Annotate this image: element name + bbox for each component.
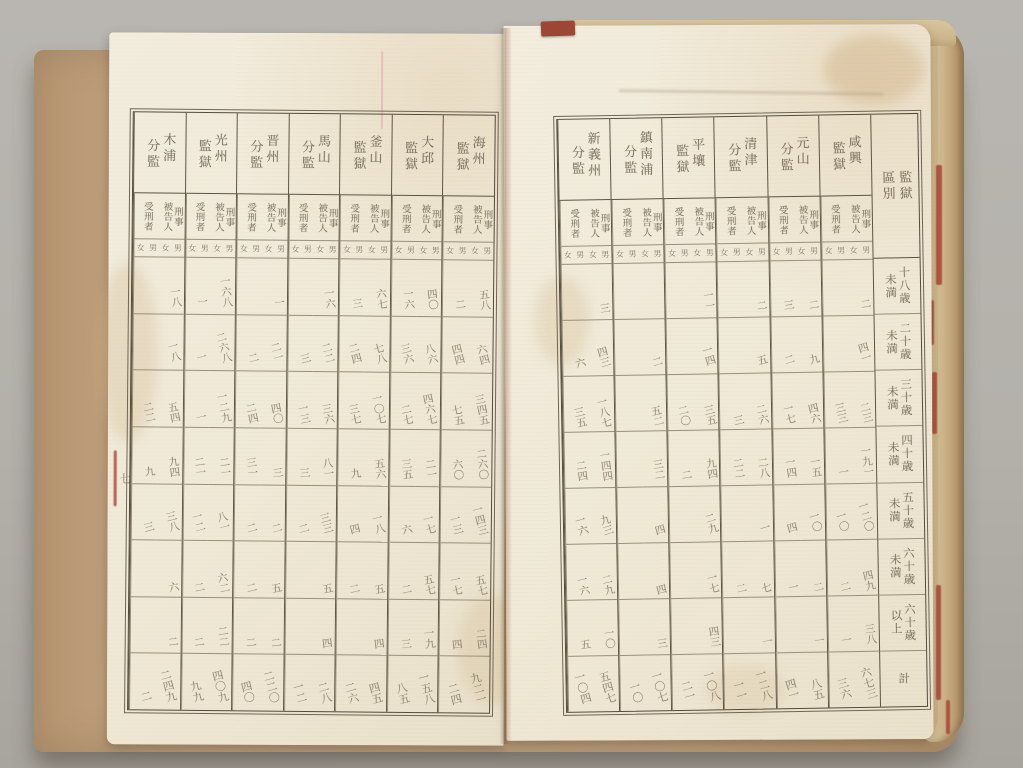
institution-data: 刑事被告人男女一二一四〇三二五二二二〇受刑者男女二二四三一二二二四〇 — [232, 194, 288, 710]
count-cell: 五七 — [414, 543, 439, 600]
count-cell — [237, 258, 262, 315]
age-row-label-text: 以上 — [890, 610, 902, 636]
page-right: 監獄區別十八歳未満二十歳未満三十歳未満四十歳未満五十歳未満六十歳未満六十歳以上計… — [503, 24, 933, 741]
count-value: 五四七 — [597, 670, 616, 705]
convicts-header-text: 受刑者 — [297, 202, 307, 232]
count-cell: 二一 — [672, 655, 698, 710]
count-value: 二四九 — [158, 669, 176, 704]
gender-header: 男女 — [237, 240, 262, 258]
female-label: 女 — [469, 243, 482, 260]
institution-name-text: 晋州 — [264, 134, 277, 166]
count-value: 五七 — [422, 573, 436, 596]
count-value: 三 — [656, 637, 667, 649]
count-value: 九四 — [704, 458, 717, 480]
count-value: 一 — [196, 296, 207, 308]
institution-data: 刑事被告人男女二四一二三一九一一二〇四九三八六七三受刑者男女三三一一〇二一三六 — [820, 196, 880, 708]
count-value: 二 — [193, 581, 205, 593]
convicts-header-text: 受刑者 — [349, 203, 359, 233]
defendants-header-text: 刑事 — [755, 210, 765, 230]
count-value: 一六 — [573, 514, 588, 537]
count-value: 二八 — [316, 681, 332, 705]
age-row-label-text: 未満 — [888, 497, 900, 523]
institution-name-text: 新義州 — [585, 131, 599, 179]
count-cell: 二 — [827, 540, 853, 596]
convicts-header: 受刑者 — [717, 198, 743, 244]
gutter — [500, 28, 512, 744]
female-label: 女 — [341, 241, 354, 258]
count-value: 五四 — [165, 401, 179, 424]
age-row-label: 六十歳未満 — [878, 539, 925, 596]
count-cell: 二一 — [209, 428, 234, 485]
male-label: 男 — [835, 242, 848, 259]
count-cell: 九 — [796, 317, 822, 373]
institution-data: 刑事被告人男女二九四六一五一〇二一八五受刑者男女三二一七一四四一四一 — [768, 197, 828, 709]
male-label: 男 — [456, 242, 469, 259]
count-value: 三六 — [398, 343, 413, 366]
count-value: 二 — [734, 582, 746, 594]
count-value: 一 — [839, 634, 850, 646]
count-cell: 一七 — [414, 487, 439, 544]
age-row-label-text: 四十歳 — [901, 435, 913, 474]
count-value: 一二〇 — [856, 499, 874, 532]
count-value: 二 — [244, 521, 256, 534]
count-cell: 二四 — [439, 657, 464, 713]
gender-header: 男女 — [444, 242, 469, 260]
count-value: 四〇 — [269, 402, 283, 425]
count-cell — [667, 319, 693, 375]
count-value: 一八 — [168, 286, 180, 308]
count-value: 二四 — [244, 402, 258, 425]
defendants-subcolumn: 刑事被告人男女一六八二六八一二九二一八一六二二二四〇九 — [206, 194, 236, 710]
count-value: 五 — [321, 583, 333, 595]
count-value: 二 — [454, 299, 465, 311]
count-cell: 四〇 — [261, 372, 286, 429]
count-cell: 二六 — [336, 656, 361, 712]
count-cell: 二六八 — [210, 315, 235, 372]
count-cell: 二 — [236, 315, 261, 372]
count-cell — [719, 318, 745, 374]
count-value: 四 — [321, 637, 332, 649]
count-cell — [822, 260, 848, 316]
count-cell: 三一 — [235, 428, 260, 485]
count-cell: 五 — [362, 543, 387, 600]
count-cell: 六七 — [365, 260, 390, 317]
count-cell — [616, 376, 642, 432]
female-label: 女 — [417, 242, 430, 259]
institution-column: 大邱監獄刑事被告人男女四〇八六四六七二一一七五七一九一五八受刑者男女一六三六二七… — [386, 115, 443, 712]
count-cell: 二四 — [564, 432, 590, 488]
count-value: 七 — [759, 581, 771, 593]
defendants-header-text: 被告人 — [317, 203, 327, 233]
female-label: 女 — [392, 242, 405, 259]
count-cell: 三 — [132, 484, 157, 541]
female-label: 女 — [666, 245, 679, 262]
count-cell: 二 — [182, 598, 207, 655]
convicts-header-text: 受刑者 — [142, 201, 152, 231]
count-value: 四九 — [861, 569, 875, 592]
count-cell: 二 — [669, 431, 695, 487]
count-cell: 四 — [338, 486, 363, 543]
male-label: 男 — [275, 241, 288, 258]
count-value: 一九 — [423, 628, 435, 650]
count-cell: 六四 — [468, 317, 493, 374]
count-value: 二 — [296, 522, 308, 535]
count-cell: 一〇四 — [568, 656, 594, 711]
count-value: 四五 — [367, 681, 383, 705]
count-cell: 一二 — [285, 655, 310, 711]
count-value: 一 — [812, 634, 823, 646]
red-bookmark-slip — [946, 700, 950, 734]
count-cell — [823, 316, 849, 372]
count-cell: 四 — [774, 485, 800, 541]
count-cell: 一一 — [691, 262, 717, 318]
count-value: 五 — [269, 582, 281, 594]
count-value: 二 — [139, 690, 152, 703]
count-cell: 二三 — [849, 372, 875, 428]
count-value: 二 — [838, 580, 850, 592]
institution-name-text: 監獄 — [197, 139, 210, 171]
institution-name: 平壤監獄 — [663, 117, 716, 199]
count-cell: 六 — [389, 486, 414, 543]
count-value: 二 — [811, 580, 823, 592]
count-value: 四六七 — [421, 393, 437, 426]
count-value: 四三 — [706, 626, 719, 648]
count-cell: 一〇八 — [698, 654, 724, 709]
count-value: 三五 — [399, 458, 411, 480]
count-value: 三三 — [833, 402, 847, 425]
count-value: 三七 — [347, 403, 361, 426]
defendants-header: 刑事被告人 — [366, 196, 391, 242]
defendants-subcolumn: 刑事被告人男女五八六四三四五二六〇一四三五七二四九二一 — [464, 197, 494, 713]
count-value: 二六 — [754, 403, 768, 426]
female-label: 女 — [186, 240, 199, 257]
count-cell: 三 — [260, 428, 285, 485]
count-cell: 二九 — [695, 486, 721, 542]
count-cell: 二 — [795, 261, 821, 317]
defendants-header: 刑事被告人 — [262, 195, 287, 241]
count-value: 二二 — [216, 626, 228, 648]
gender-header: 男女 — [392, 242, 417, 260]
count-value: 一〇 — [806, 510, 821, 533]
institution-name: 晋州分監 — [237, 113, 288, 194]
count-value: 二 — [399, 583, 411, 595]
count-value: 一〇 — [602, 627, 615, 649]
count-value: 二六 — [343, 681, 359, 705]
count-value: 四四 — [450, 343, 465, 366]
institution-data: 刑事被告人男女三四三一八七一四四九三二九一〇五四七受刑者男女六三五二四一六一六五… — [560, 200, 620, 712]
institution-data: 刑事被告人男女二五二六二八一七一一二八受刑者男女三二二二一一 — [716, 197, 776, 709]
count-value: 四〇 — [426, 288, 438, 310]
count-cell: 二一 — [261, 315, 286, 372]
gender-header: 男女 — [289, 241, 314, 259]
count-value: 六 — [573, 356, 585, 369]
count-cell — [639, 263, 665, 319]
institution-column: 海州監獄刑事被告人男女五八六四三四五二六〇一四三五七二四九二一受刑者男女二四四七… — [437, 115, 494, 712]
count-cell — [285, 599, 310, 656]
count-value: 三六 — [836, 677, 852, 701]
male-label: 男 — [429, 242, 442, 259]
count-cell: 一四四 — [589, 432, 615, 488]
count-cell — [619, 600, 645, 656]
institution-name-text: 監獄 — [351, 140, 364, 172]
gender-header: 男女 — [639, 245, 664, 263]
count-cell: 一六 — [565, 488, 591, 544]
count-cell: 一二 — [183, 484, 208, 541]
count-cell: 四一 — [777, 653, 803, 708]
count-value: 四 — [451, 638, 462, 650]
count-cell: 五二 — [641, 375, 667, 431]
male-label: 男 — [326, 241, 339, 258]
male-label: 男 — [860, 242, 873, 259]
count-value: 二 — [246, 351, 258, 364]
convicts-header-text: 受刑者 — [725, 205, 735, 235]
count-cell: 四 — [440, 600, 465, 657]
count-cell: 三四五 — [467, 374, 492, 431]
count-cell: 二 — [743, 261, 769, 317]
count-cell: 二 — [800, 541, 826, 597]
count-cell: 四一 — [848, 316, 874, 372]
count-value: 一〇四 — [572, 671, 591, 706]
institution-name: 光州監獄 — [186, 113, 237, 194]
institution-name-text: 分監 — [726, 143, 740, 175]
gender-header: 男女 — [666, 245, 691, 263]
count-cell: 八五 — [388, 656, 413, 712]
count-value: 二六八 — [214, 331, 232, 364]
red-bookmark-tab — [541, 20, 576, 36]
convicts-header: 受刑者 — [238, 194, 263, 240]
count-cell — [724, 598, 750, 654]
count-value: 五七 — [473, 574, 487, 597]
female-label: 女 — [289, 241, 302, 258]
corner-header: 監獄區別 — [871, 114, 919, 259]
count-cell: 四五 — [361, 656, 386, 712]
prison-table-right: 監獄區別十八歳未満二十歳未満三十歳未満四十歳未満五十歳未満六十歳未満六十歳以上計… — [556, 113, 928, 713]
count-cell — [672, 599, 698, 655]
female-label: 女 — [561, 247, 574, 264]
institution-name: 釜山監獄 — [340, 114, 391, 195]
gender-header: 男女 — [847, 242, 872, 260]
count-value: 二一 — [424, 458, 436, 480]
convicts-subcolumn: 受刑者男女一六三六二七三五六二三八五 — [387, 196, 418, 712]
institution-name-text: 咸興 — [846, 135, 860, 167]
institution-data: 刑事被告人男女四〇八六四六七二一一七五七一九一五八受刑者男女一六三六二七三五六二… — [387, 196, 443, 712]
age-row-label-text: 未満 — [887, 441, 899, 467]
age-row-label-text: 未満 — [885, 329, 897, 355]
defendants-header: 刑事被告人 — [690, 198, 716, 244]
count-cell: 一 — [185, 314, 210, 371]
count-cell: 二〇 — [668, 375, 694, 431]
count-value: 九九 — [188, 680, 204, 704]
count-value: 一四 — [783, 456, 796, 478]
institution-column: 木浦分監刑事被告人男女一八一八五四九四三八六二二四九受刑者男女二二九三二 — [128, 112, 185, 709]
red-bookmark-slip — [936, 165, 942, 285]
gender-header: 男女 — [743, 243, 768, 261]
count-value: 六 — [166, 581, 178, 593]
count-value: 四〇 — [239, 680, 255, 704]
count-value: 四一 — [783, 678, 799, 702]
count-value: 一四三 — [470, 503, 488, 536]
institution-name-text: 分監 — [145, 138, 158, 170]
gender-header: 男女 — [691, 244, 716, 262]
gender-header: 男女 — [561, 246, 586, 264]
defendants-header-text: 被告人 — [745, 205, 755, 235]
institution-data: 刑事被告人男女二五二三二四四三一〇七受刑者男女一〇 — [612, 199, 672, 711]
count-cell: 一〇七 — [645, 655, 671, 710]
count-cell — [337, 599, 362, 656]
institution-name-text: 監獄 — [831, 141, 845, 173]
defendants-header: 刑事被告人 — [314, 195, 339, 241]
count-value: 二 — [859, 297, 870, 309]
count-cell: 五四七 — [593, 656, 619, 711]
count-cell: 一二九 — [209, 371, 234, 428]
convicts-subcolumn: 受刑者男女二二四三一二二二四〇 — [232, 194, 263, 710]
count-value: 一 — [194, 412, 206, 424]
count-value: 九 — [807, 352, 819, 365]
count-value: 五二 — [649, 405, 663, 428]
female-label: 女 — [795, 243, 808, 260]
convicts-header-text: 受刑者 — [245, 202, 255, 232]
convicts-header: 受刑者 — [341, 195, 366, 241]
count-value: 一二 — [190, 511, 205, 534]
count-value: 二四 — [346, 342, 361, 365]
female-label: 女 — [822, 242, 835, 259]
count-cell: 六七三 — [854, 652, 880, 707]
institution-data: 刑事被告人男女五八六四三四五二六〇一四三五七二四九二一受刑者男女二四四七五六〇一… — [438, 196, 494, 712]
count-cell: 二一 — [184, 428, 209, 485]
count-cell: 二 — [771, 317, 797, 373]
count-cell: 九三 — [590, 488, 616, 544]
count-cell: 一三 — [287, 372, 312, 429]
count-cell: 一一 — [725, 654, 751, 709]
count-value: 四三 — [595, 346, 610, 369]
count-value: 三 — [731, 414, 743, 426]
institution-name-text: 大邱 — [419, 135, 432, 167]
count-value: 三 — [598, 302, 609, 314]
male-label: 男 — [808, 243, 821, 260]
convicts-header: 受刑者 — [769, 197, 795, 243]
count-cell: 五 — [311, 542, 336, 599]
male-label: 男 — [703, 244, 716, 261]
count-value: 一 — [272, 297, 283, 309]
count-cell: 三六 — [829, 652, 855, 707]
count-value: 八六 — [423, 343, 438, 366]
defendants-header-text: 刑事 — [808, 209, 818, 229]
count-value: 二四 — [574, 460, 587, 482]
male-label: 男 — [599, 246, 612, 263]
institution-name-text: 馬山 — [316, 134, 329, 166]
defendants-header-text: 被告人 — [797, 204, 807, 234]
count-value: 一二九 — [215, 391, 231, 424]
count-value: 一六八 — [218, 276, 231, 308]
defendants-subcolumn: 刑事被告人男女六七七八一〇七五六一八五四四五 — [361, 196, 391, 712]
count-cell: 一 — [747, 485, 773, 541]
age-row-label-text: 六十歳 — [902, 547, 914, 586]
female-label: 女 — [365, 242, 378, 259]
count-cell: 二 — [130, 654, 155, 710]
convicts-header-text: 受刑者 — [400, 203, 410, 233]
count-cell: 一二〇 — [851, 484, 877, 540]
female-label: 女 — [639, 245, 652, 262]
count-value: 四一 — [856, 341, 871, 364]
count-value: 三三 — [318, 512, 333, 535]
count-cell: 四六 — [797, 373, 823, 429]
institution-name-text: 平壤 — [690, 138, 704, 170]
count-value: 二八 — [756, 457, 769, 479]
count-value: 一 — [786, 581, 798, 593]
count-value: 二 — [269, 522, 281, 535]
count-value: 五 — [372, 583, 384, 595]
count-cell: 七 — [748, 541, 774, 597]
count-value: 二 — [193, 636, 204, 648]
count-cell: 三三 — [824, 372, 850, 428]
count-cell — [131, 597, 156, 654]
count-value: 二 — [755, 299, 766, 311]
count-value: 四 — [654, 583, 666, 595]
count-cell: 四〇九 — [206, 654, 231, 710]
gender-header: 男女 — [795, 243, 820, 261]
count-value: 九 — [349, 468, 360, 480]
count-value: 九三 — [598, 514, 613, 537]
count-cell: 一六 — [392, 260, 417, 317]
count-cell — [614, 264, 640, 320]
count-cell: 四 — [362, 599, 387, 656]
count-value: 三 — [782, 299, 793, 311]
count-value: 三一 — [245, 456, 257, 478]
age-row-label: 六十歳以上 — [879, 595, 926, 652]
count-cell: 五 — [259, 542, 284, 599]
female-label: 女 — [314, 241, 327, 258]
convicts-header: 受刑者 — [561, 200, 587, 246]
red-bookmark-slip — [936, 585, 941, 700]
count-value: 五六 — [373, 457, 385, 479]
defendants-header-text: 被告人 — [420, 204, 430, 234]
page-left: 七 海州監獄刑事被告人男女五八六四三四五二六〇一四三五七二四九二一受刑者男女二四… — [107, 32, 506, 745]
count-cell: 二二 — [207, 598, 232, 655]
defendants-header-text: 刑事 — [482, 209, 492, 229]
count-value: 一一 — [731, 679, 747, 703]
female-label: 女 — [159, 240, 172, 257]
count-value: 二 — [244, 582, 256, 594]
male-label: 男 — [250, 240, 263, 257]
institution-name-text: 鎮南浦 — [638, 130, 652, 178]
gender-header: 男女 — [341, 241, 366, 259]
count-cell: 三五 — [693, 374, 719, 430]
count-value: 一一 — [701, 290, 714, 312]
count-value: 四 — [784, 521, 796, 534]
male-label: 男 — [223, 240, 236, 257]
institution-column: 晋州分監刑事被告人男女一二一四〇三二五二二二〇受刑者男女二二四三一二二二四〇 — [231, 113, 288, 710]
count-cell: 八一 — [208, 485, 233, 542]
count-value: 二 — [244, 636, 255, 648]
count-cell: 五六 — [363, 429, 388, 486]
count-value: 二 — [680, 468, 691, 480]
count-value: 一七 — [421, 513, 436, 536]
count-cell: 二六〇 — [466, 430, 491, 487]
count-cell: 一〇 — [592, 600, 618, 656]
institution-name-text: 元山 — [794, 136, 808, 168]
institution-name-text: 分監 — [778, 142, 792, 174]
age-row-label-text: 三十歳 — [900, 378, 912, 417]
count-value: 六四 — [474, 344, 489, 367]
count-cell: 二一 — [415, 430, 440, 487]
count-cell: 三七 — [339, 373, 364, 430]
defendants-subcolumn: 刑事被告人男女一八一八五四九四三八六二二四九 — [155, 194, 185, 710]
count-cell: 一七 — [441, 543, 466, 600]
convicts-header: 受刑者 — [821, 196, 847, 242]
count-value: 四 — [653, 523, 665, 536]
count-cell: 六 — [156, 541, 181, 598]
defendants-header-text: 刑事 — [275, 207, 285, 227]
